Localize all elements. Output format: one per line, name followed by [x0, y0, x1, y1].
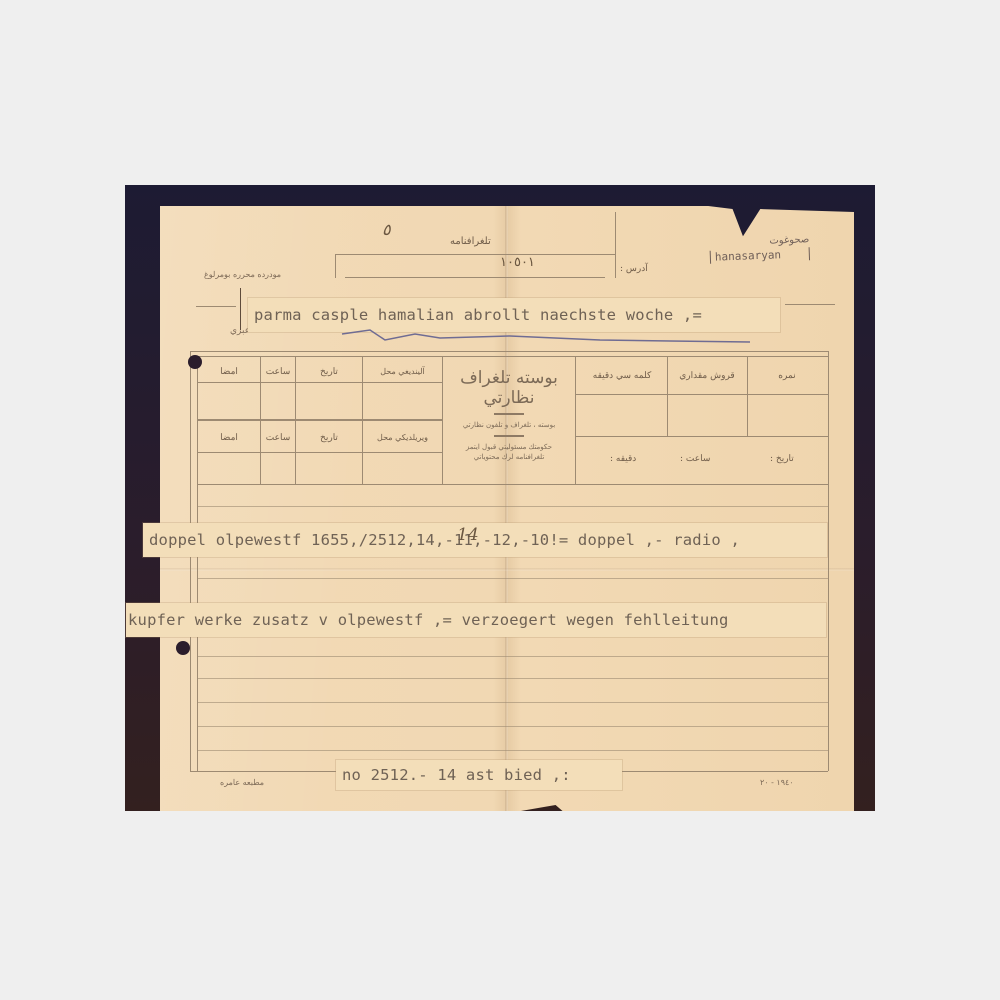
rt-row-2	[575, 436, 828, 437]
pen-underline	[340, 322, 760, 352]
address-label: آدرس :	[620, 264, 648, 274]
sender-note: مودرده محرره بومرلوغ	[204, 270, 281, 279]
handwritten-mark: ٥	[382, 220, 391, 239]
tughra-calligraphy: بوسته تلغراف نظارتي	[450, 368, 568, 408]
form-border-top-inner	[197, 356, 828, 357]
rt-footer-minute: دقیقه :	[610, 454, 636, 464]
ruled-line	[198, 702, 828, 703]
lt-row-2	[198, 419, 442, 421]
rt-col-1	[667, 356, 668, 436]
serial-number: ١٠٥٠١	[500, 255, 535, 270]
ruled-line	[198, 726, 828, 727]
punch-hole-top	[188, 355, 202, 369]
emblem-rule	[494, 435, 524, 437]
ruled-line	[198, 656, 828, 657]
handwritten-correction: 14	[457, 525, 479, 545]
lt-header-time-2: ساعت	[261, 433, 295, 443]
rt-header-number: نمره	[748, 371, 826, 381]
stamp-word: hanasaryan	[710, 247, 810, 263]
office-stamp: صحوغوت hanasaryan	[709, 234, 811, 285]
punch-hole-bottom	[176, 641, 190, 655]
form-border-left	[190, 351, 191, 771]
rt-col-0	[575, 356, 576, 484]
ruled-line	[198, 506, 828, 507]
form-border-right	[828, 351, 829, 771]
horizontal-fold	[160, 568, 854, 571]
rt-row-1	[575, 394, 828, 395]
rt-col-2	[747, 356, 748, 436]
lt-header-signature-2: امضا	[200, 433, 258, 443]
ruled-line	[198, 750, 828, 751]
header-address-line	[345, 277, 605, 278]
lt-header-received-place: آلینديغي محل	[363, 367, 442, 376]
header-box-right	[615, 212, 616, 278]
ministry-emblem: بوسته تلغراف نظارتي بوسته ، تلغراف و تلف…	[450, 362, 568, 474]
footer-form-code: ١٩٤٠ - ٢٠	[760, 778, 794, 787]
telegram-form: ٥ تلغرافنامه ١٠٥٠١ آدرس : مودرده محرره ب…	[160, 206, 854, 811]
lt-col-4	[442, 356, 443, 484]
lt-row-3	[198, 452, 442, 453]
rt-footer-hour: ساعت :	[680, 454, 710, 464]
table-bottom	[198, 484, 828, 485]
header-rule-left	[196, 306, 236, 307]
header-rule-right	[785, 304, 835, 305]
ruled-line	[198, 678, 828, 679]
emblem-note-2: تلغرافنامه لرك محتوياتي	[450, 452, 568, 462]
lt-row-1	[198, 382, 442, 383]
rt-footer-date: تاریخ :	[770, 454, 794, 464]
lt-header-sent-place: ويريلديكي محل	[363, 433, 442, 442]
rt-header-words: كلمه سي دقيقه	[578, 371, 666, 381]
emblem-note-1: حكومتك مسئوليتي قبول ايتمز	[450, 442, 568, 452]
lt-header-date: تاریخ	[296, 367, 362, 377]
emblem-rule	[494, 413, 524, 415]
form-title: تلغرافنامه	[450, 236, 491, 247]
header-box-top	[335, 254, 615, 255]
lt-header-signature: امضا	[200, 367, 258, 377]
stamp-top-text: صحوغوت	[739, 234, 809, 247]
tape-line-1: doppel olpewestf 1655,/2512,14,-11,-12,-…	[143, 523, 827, 557]
ruled-line	[198, 578, 828, 579]
vertical-fold	[505, 206, 508, 811]
emblem-subtitle: بوسته ، تلغراف و تلفون نظارتي	[450, 420, 568, 430]
rt-header-fee: قروش مقداري	[668, 371, 746, 381]
tape-line-2: kupfer werke zusatz v olpewestf ,= verzo…	[126, 603, 826, 637]
lt-header-date-2: تاریخ	[296, 433, 362, 443]
header-box-left	[335, 254, 336, 278]
tape-line-signoff: no 2512.- 14 ast bied ,:	[336, 760, 622, 790]
footer-printer-note: مطبعه عامره	[220, 778, 264, 787]
lt-header-time: ساعت	[261, 367, 295, 377]
header-bracket	[240, 288, 241, 330]
